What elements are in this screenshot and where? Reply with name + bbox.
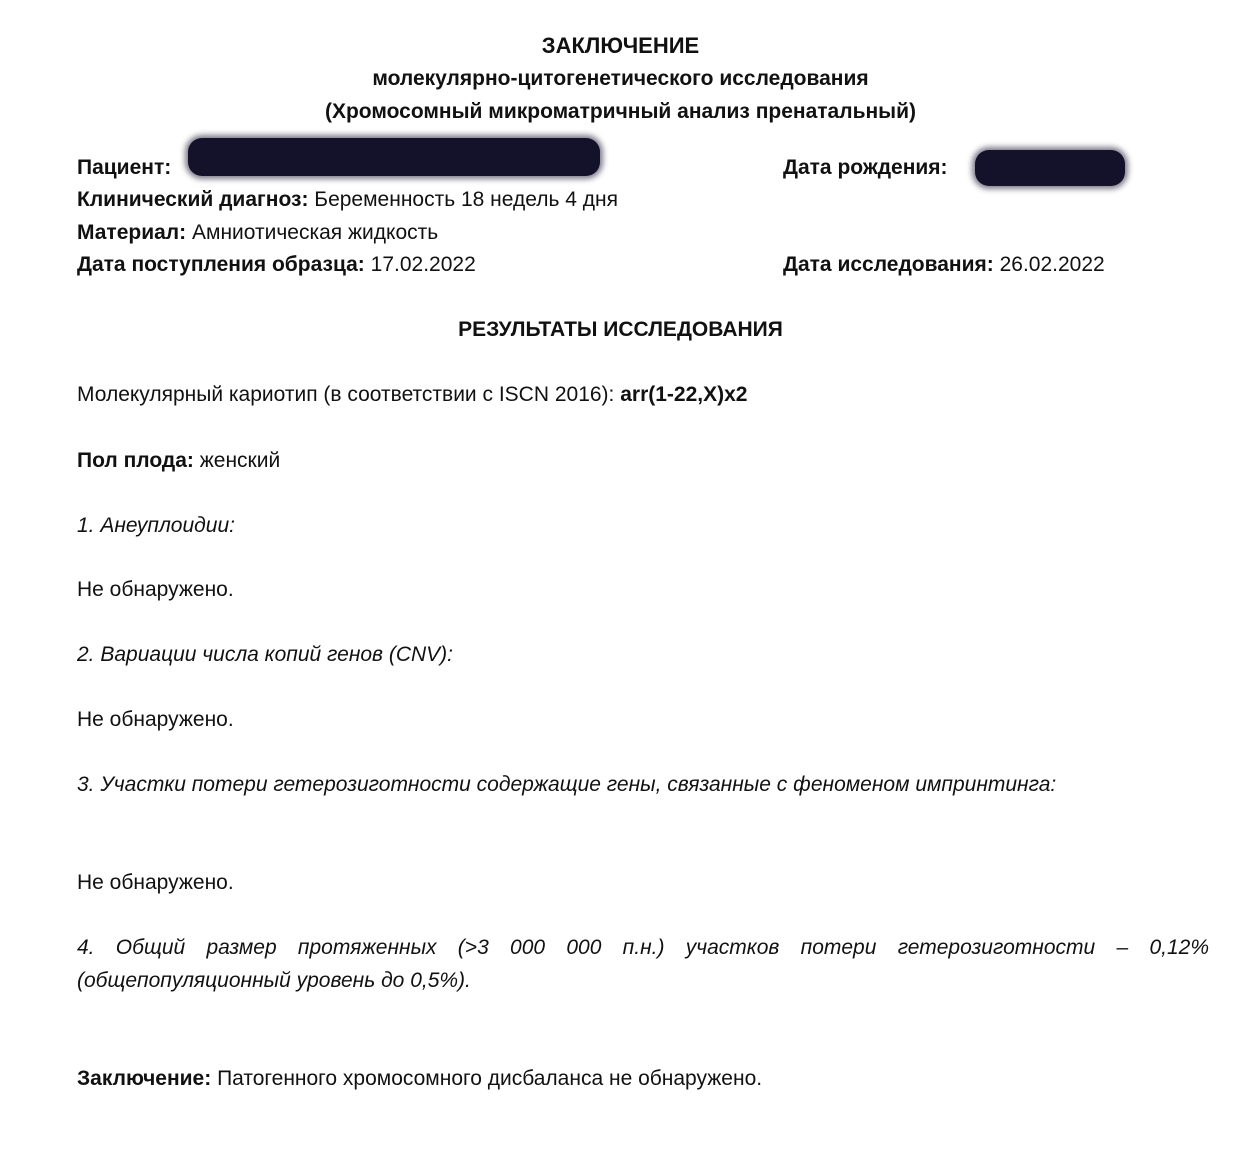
conclusion-value: Патогенного хромосомного дисбаланса не о… <box>217 1067 762 1090</box>
karyotype-row: Молекулярный кариотип (в соответствии с … <box>77 380 747 410</box>
cnv-result: Не обнаружено. <box>77 705 234 735</box>
patient-label: Пациент: <box>77 156 171 179</box>
diagnosis-label: Клинический диагноз: <box>77 188 308 211</box>
fetal-sex-value: женский <box>200 449 280 472</box>
birth-date-label: Дата рождения: <box>783 156 948 179</box>
conclusion-label: Заключение: <box>77 1067 211 1090</box>
aneuploidy-title: 1. Анеуплоидии: <box>77 511 235 541</box>
fetal-sex-row: Пол плода: женский <box>77 446 280 476</box>
patient-row: Пациент: <box>77 153 171 183</box>
loh-imprinting-result: Не обнаружено. <box>77 868 234 898</box>
sample-date-row: Дата поступления образца: 17.02.2022 <box>77 250 476 280</box>
patient-name-redaction <box>188 138 600 176</box>
document-subtitle-line2: (Хромосомный микроматричный анализ прена… <box>0 95 1241 128</box>
aneuploidy-result: Не обнаружено. <box>77 575 234 605</box>
sample-date-value: 17.02.2022 <box>371 253 476 276</box>
karyotype-label: Молекулярный кариотип (в соответствии с … <box>77 383 614 406</box>
loh-imprinting-title: 3. Участки потери гетерозиготности содер… <box>77 768 1209 801</box>
document-subtitle-line1: молекулярно-цитогенетического исследован… <box>0 62 1241 95</box>
study-date-row: Дата исследования: 26.02.2022 <box>783 250 1105 280</box>
results-heading: РЕЗУЛЬТАТЫ ИССЛЕДОВАНИЯ <box>0 315 1241 345</box>
sample-date-label: Дата поступления образца: <box>77 253 365 276</box>
karyotype-value: arr(1-22,X)x2 <box>620 383 747 406</box>
birth-date-redaction <box>975 150 1125 186</box>
fetal-sex-label: Пол плода: <box>77 449 194 472</box>
study-date-label: Дата исследования: <box>783 253 994 276</box>
study-date-value: 26.02.2022 <box>1000 253 1105 276</box>
document-page: ЗАКЛЮЧЕНИЕ молекулярно-цитогенетического… <box>0 0 1241 1153</box>
material-row: Материал: Амниотическая жидкость <box>77 218 438 248</box>
document-header: ЗАКЛЮЧЕНИЕ молекулярно-цитогенетического… <box>0 30 1241 128</box>
diagnosis-value: Беременность 18 недель 4 дня <box>314 188 618 211</box>
material-value: Амниотическая жидкость <box>192 221 438 244</box>
loh-total-size: 4. Общий размер протяженных (>3 000 000 … <box>77 931 1209 997</box>
cnv-title: 2. Вариации числа копий генов (CNV): <box>77 640 453 670</box>
diagnosis-row: Клинический диагноз: Беременность 18 нед… <box>77 185 618 215</box>
document-title: ЗАКЛЮЧЕНИЕ <box>0 30 1241 62</box>
birth-date-row: Дата рождения: <box>783 153 948 183</box>
conclusion-row: Заключение: Патогенного хромосомного дис… <box>77 1064 762 1094</box>
material-label: Материал: <box>77 221 186 244</box>
